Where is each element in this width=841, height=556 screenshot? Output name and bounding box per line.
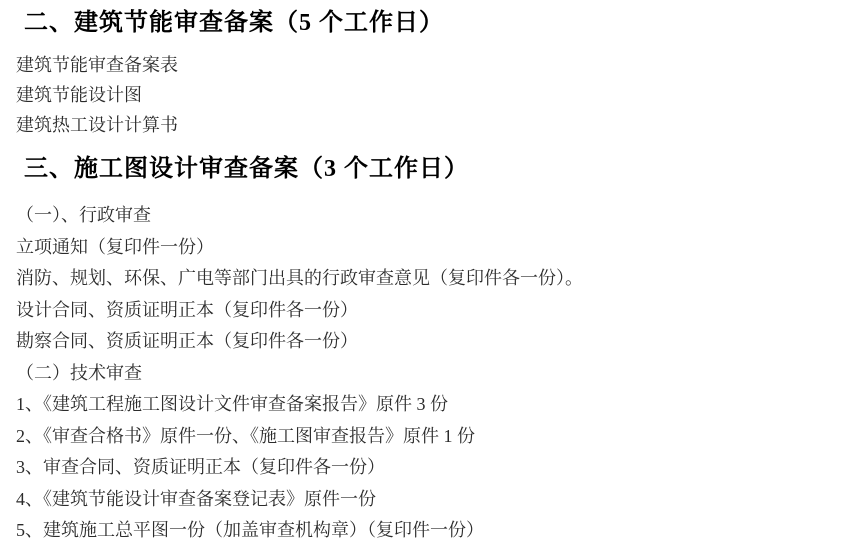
doc-line: 建筑热工设计计算书 — [16, 110, 841, 140]
doc-line: 5、建筑施工总平图一份（加盖审查机构章）（复印件一份） — [16, 515, 841, 547]
doc-line: 设计合同、资质证明正本（复印件各一份） — [16, 295, 841, 327]
document-page: 二、建筑节能审查备案（5 个工作日） 建筑节能审查备案表 建筑节能设计图 建筑热… — [0, 0, 841, 556]
doc-line: 消防、规划、环保、广电等部门出具的行政审查意见（复印件各一份）。 — [16, 263, 841, 295]
doc-line: 3、审查合同、资质证明正本（复印件各一份） — [16, 452, 841, 484]
doc-line: 勘察合同、资质证明正本（复印件各一份） — [16, 326, 841, 358]
section-heading-construction-drawing-review: 三、施工图设计审查备案（3 个工作日） — [24, 154, 841, 184]
doc-line: 建筑节能设计图 — [16, 80, 841, 110]
section-body-energy-saving-review: 建筑节能审查备案表 建筑节能设计图 建筑热工设计计算书 — [0, 50, 841, 140]
section-construction-drawing-review: 三、施工图设计审查备案（3 个工作日） （一）、行政审查 立项通知（复印件一份）… — [0, 154, 841, 547]
doc-line: 建筑节能审查备案表 — [16, 50, 841, 80]
section-body-construction-drawing-review: （一）、行政审查 立项通知（复印件一份） 消防、规划、环保、广电等部门出具的行政… — [0, 200, 841, 547]
section-energy-saving-review: 二、建筑节能审查备案（5 个工作日） 建筑节能审查备案表 建筑节能设计图 建筑热… — [0, 8, 841, 140]
doc-line: 4、《建筑节能设计审查备案登记表》原件一份 — [16, 484, 841, 516]
doc-line: 2、《审查合格书》原件一份、《施工图审查报告》原件 1 份 — [16, 421, 841, 453]
doc-line-subheading: （一）、行政审查 — [16, 200, 841, 232]
doc-line-subheading: （二）技术审查 — [16, 358, 841, 390]
section-heading-energy-saving-review: 二、建筑节能审查备案（5 个工作日） — [24, 8, 841, 38]
doc-line: 立项通知（复印件一份） — [16, 232, 841, 264]
doc-line: 1、《建筑工程施工图设计文件审查备案报告》原件 3 份 — [16, 389, 841, 421]
